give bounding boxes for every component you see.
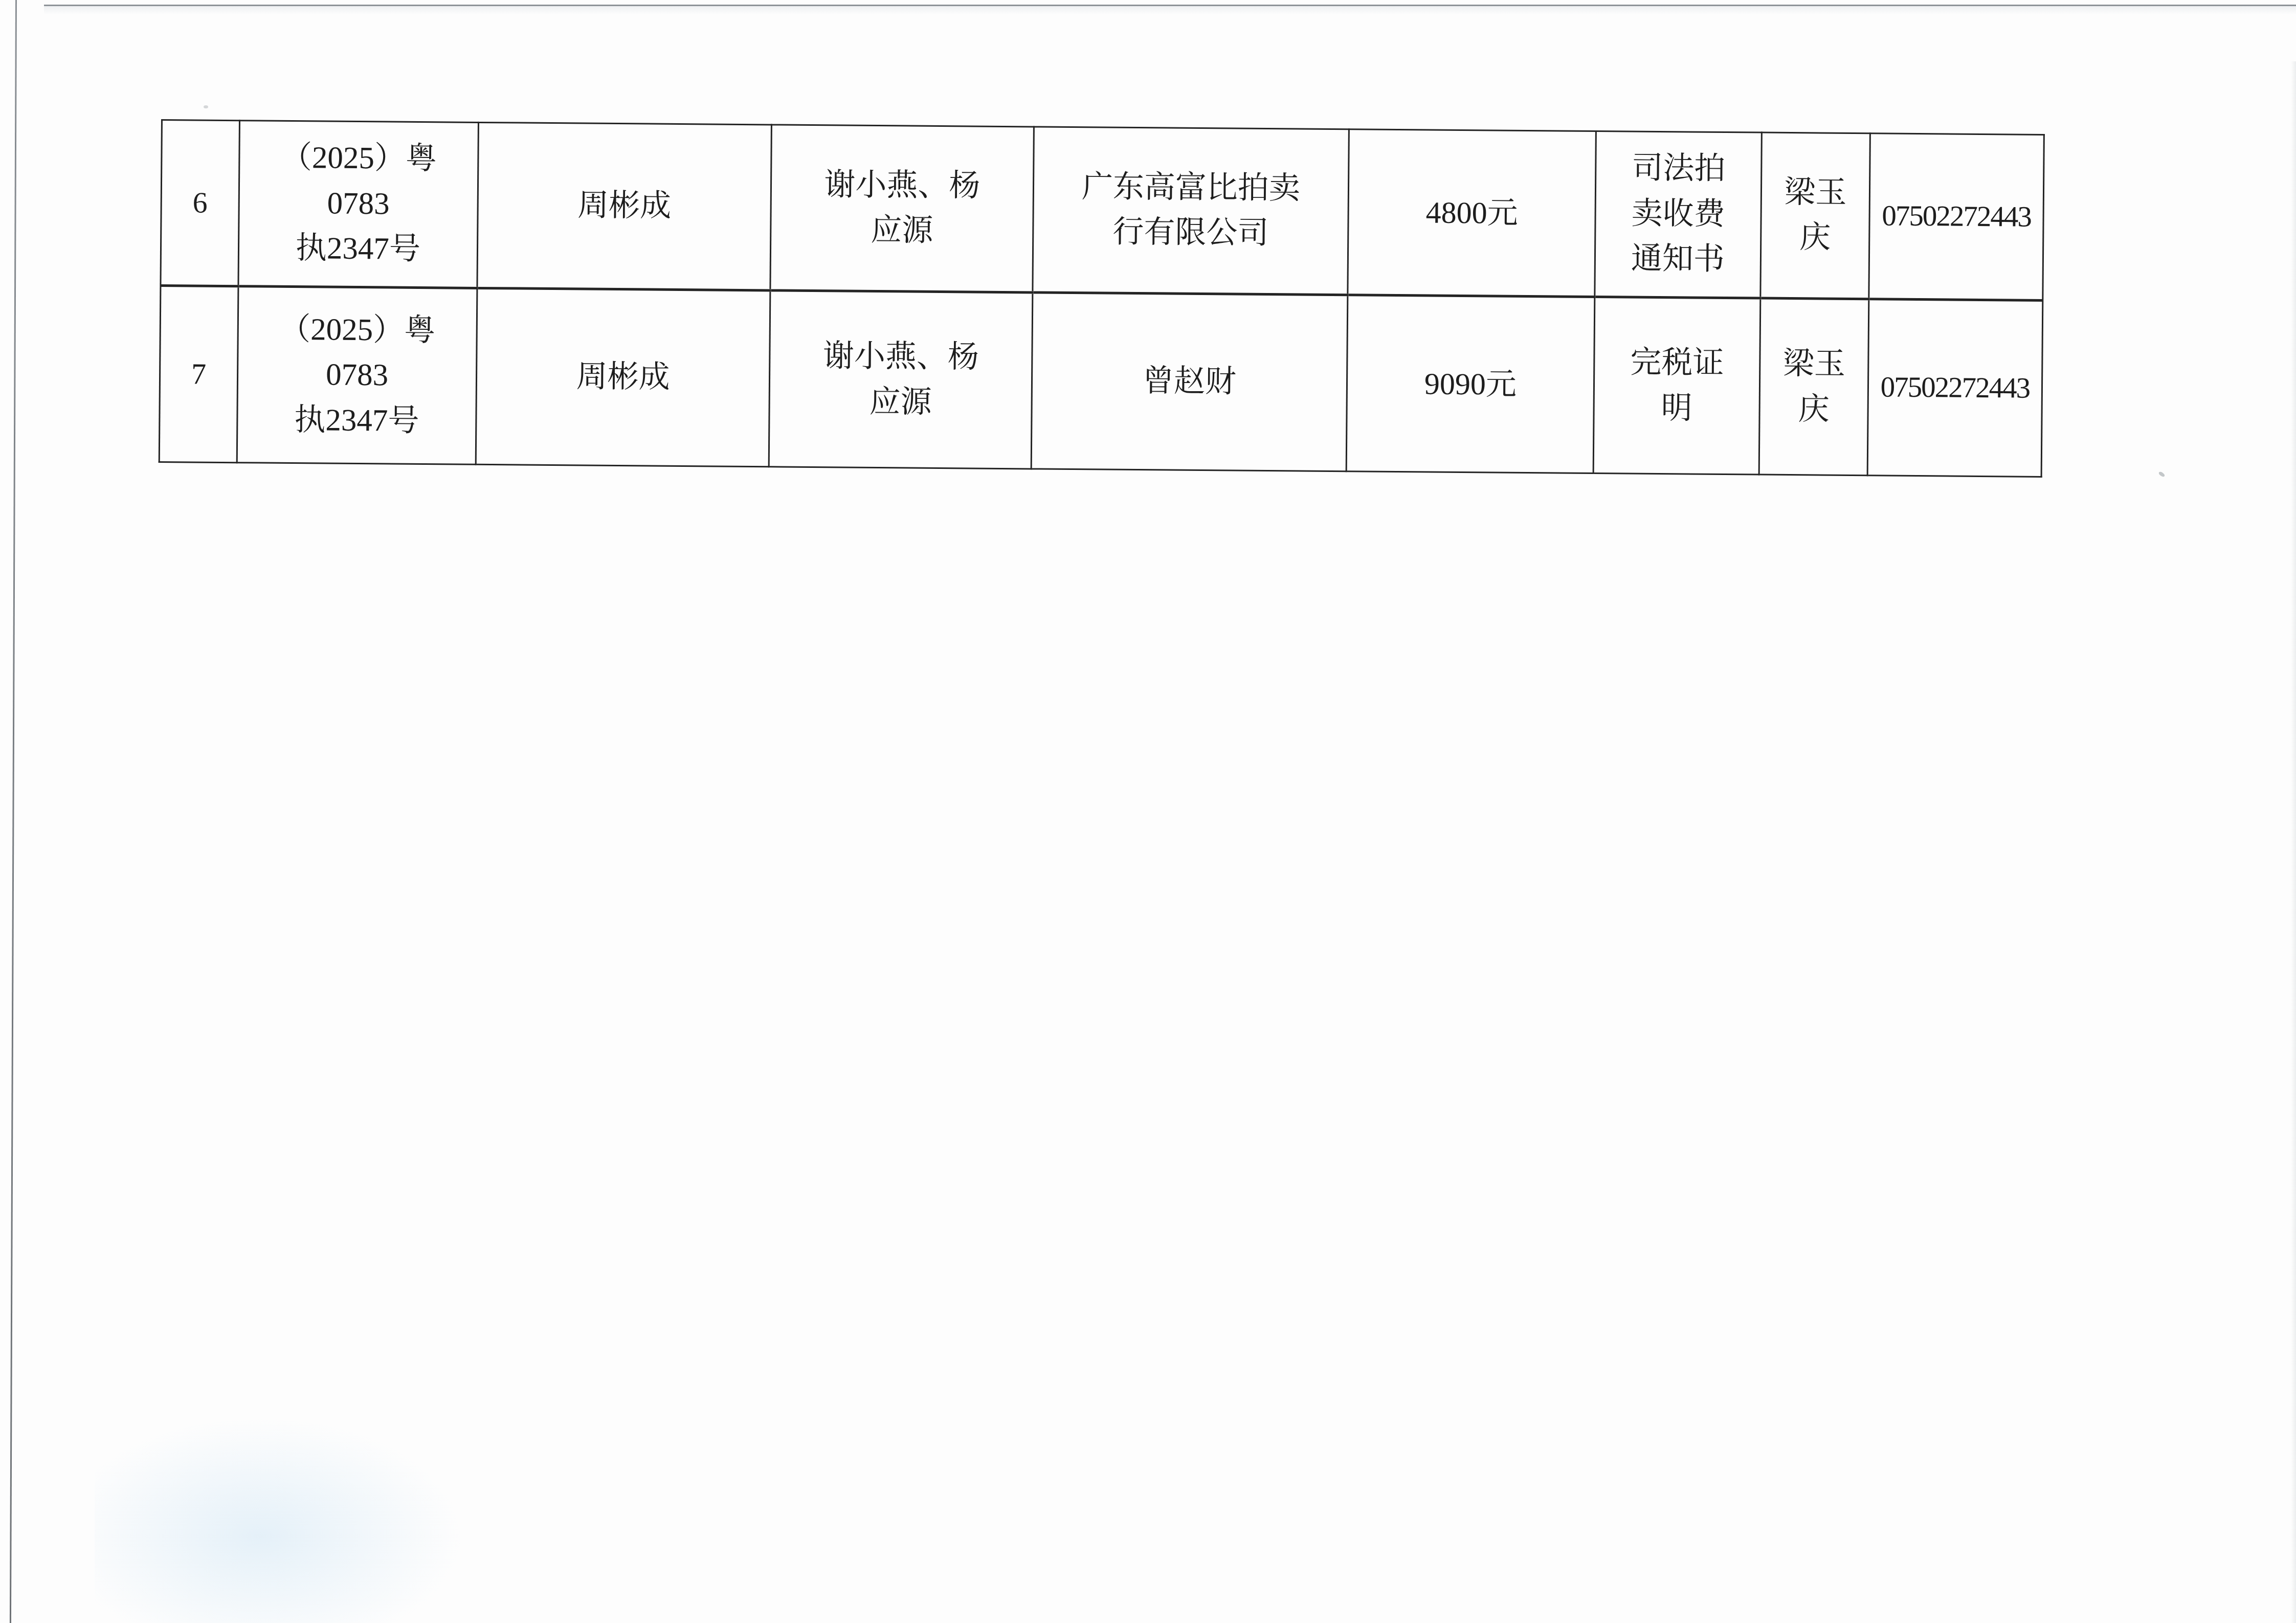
table-row: 7 （2025）粤 0783 执2347号 周彬成 谢小燕、杨 应源 曾赵财 9… [159,286,2043,477]
cell-phone-number: 07502272443 [1867,299,2043,477]
cell-party-two: 谢小燕、杨 应源 [769,290,1033,469]
scan-left-edge-line [10,0,17,1623]
cell-row-number: 6 [161,120,240,286]
fee-disclosure-table-wrapper: 6 （2025）粤 0783 执2347号 周彬成 谢小燕、杨 应源 广东高富比… [159,119,2045,478]
cell-party-two: 谢小燕、杨 应源 [770,125,1034,292]
cell-row-number: 7 [159,286,238,463]
table-row: 6 （2025）粤 0783 执2347号 周彬成 谢小燕、杨 应源 广东高富比… [161,120,2044,301]
cell-handler-name: 梁玉 庆 [1759,298,1869,476]
scan-right-edge-shading [2291,61,2296,1623]
cell-voucher-type: 司法拍 卖收费 通知书 [1595,131,1762,299]
cell-voucher-type: 完税证 明 [1593,297,1760,475]
cell-party-one: 周彬成 [476,288,770,466]
cell-case-number: （2025）粤 0783 执2347号 [237,286,477,465]
fee-disclosure-table: 6 （2025）粤 0783 执2347号 周彬成 谢小燕、杨 应源 广东高富比… [159,119,2045,478]
cell-party-one: 周彬成 [477,122,772,290]
cell-payee: 曾赵财 [1031,292,1348,471]
scan-speck [204,105,208,108]
cell-case-number: （2025）粤 0783 执2347号 [238,121,479,288]
cell-amount: 4800元 [1348,129,1596,297]
cell-amount: 9090元 [1346,295,1595,474]
scan-blue-smudge [95,1416,463,1623]
cell-handler-name: 梁玉 庆 [1760,132,1870,299]
scanned-page: { "table": { "rows": [ { "no": "6", "cas… [0,0,2296,1623]
scan-speck [2158,471,2166,478]
cell-phone-number: 07502272443 [1869,133,2044,301]
cell-payee: 广东高富比拍卖 行有限公司 [1033,127,1349,295]
scan-top-edge-shading [44,6,2296,14]
